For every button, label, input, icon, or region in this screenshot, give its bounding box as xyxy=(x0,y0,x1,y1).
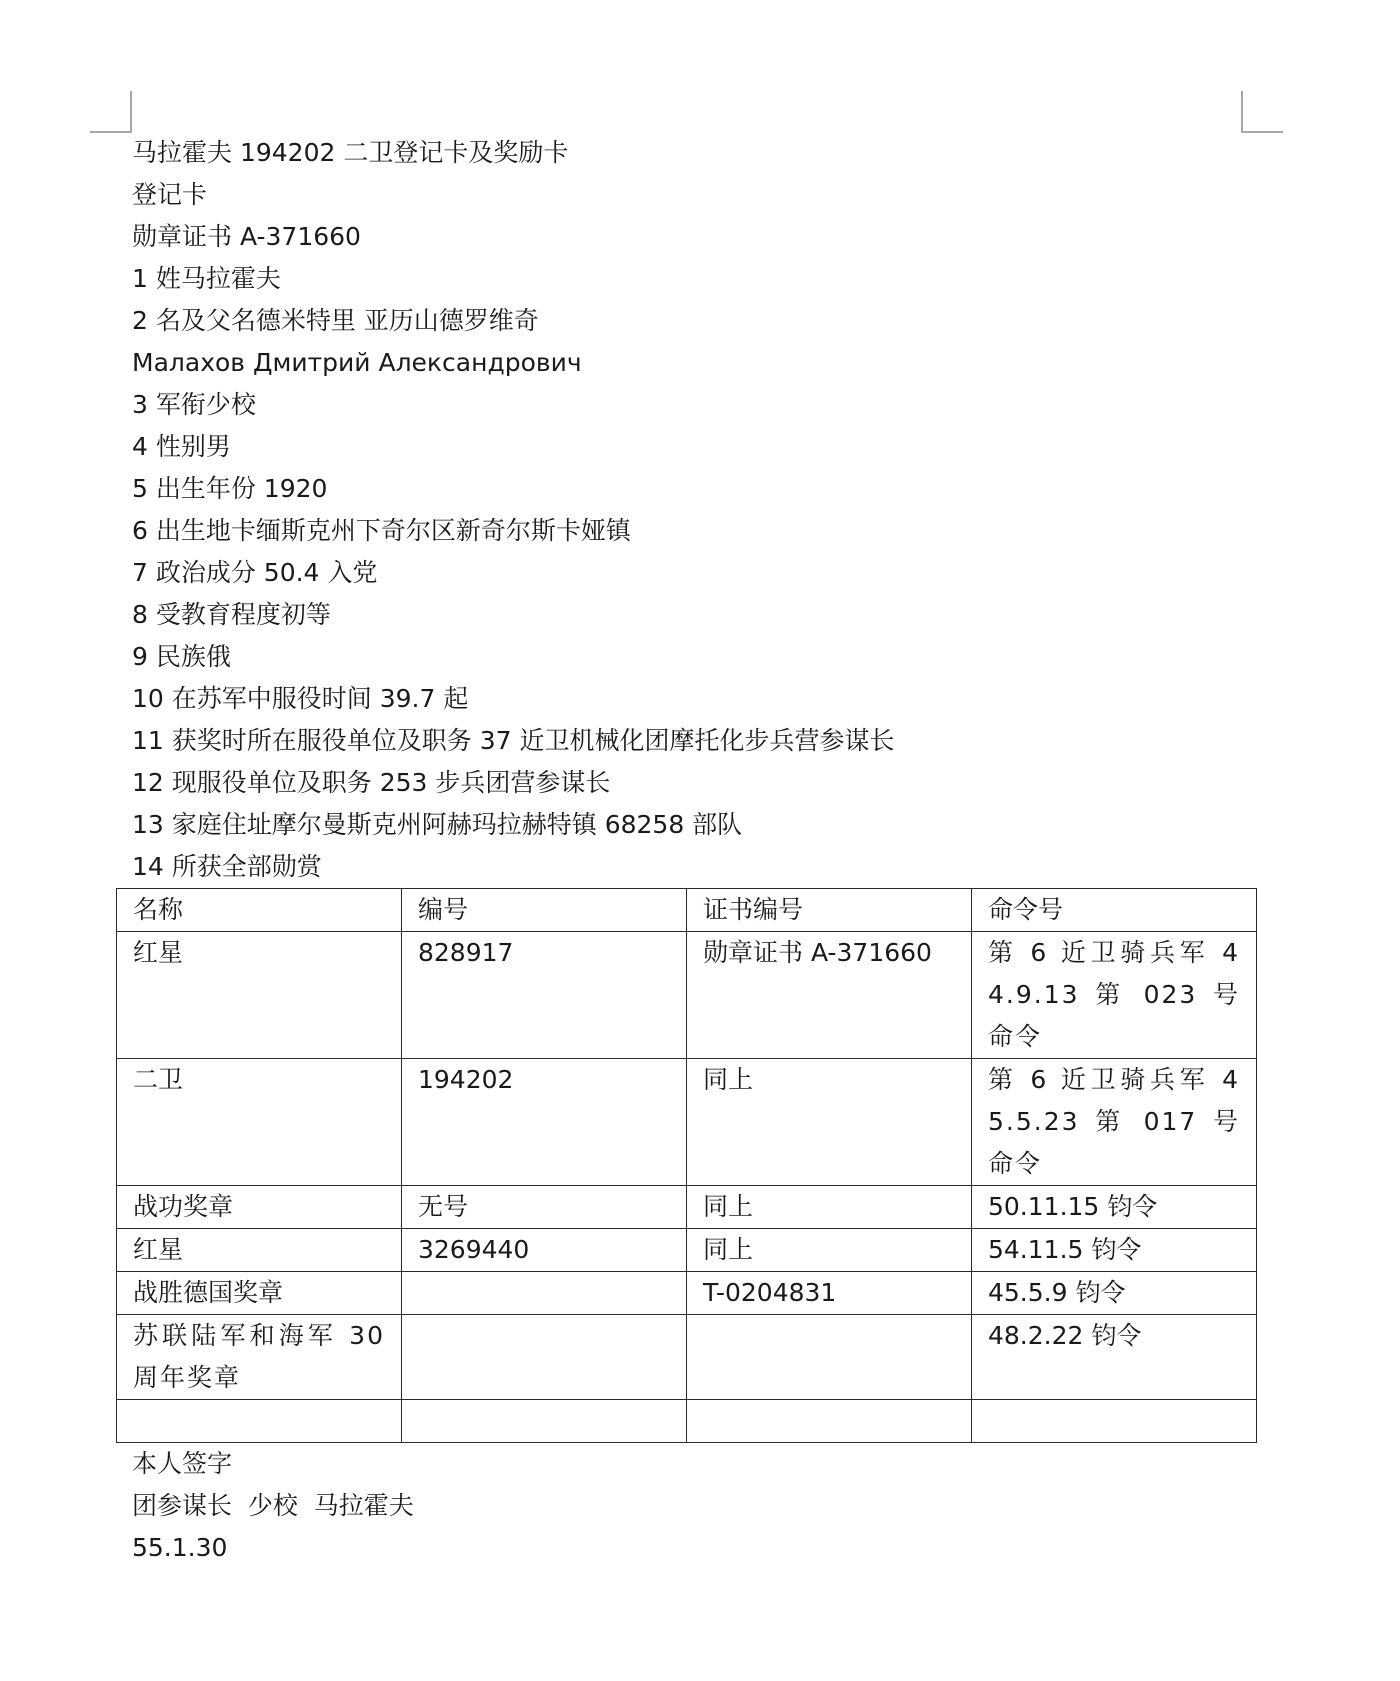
cell-number: 无号 xyxy=(402,1186,687,1229)
cell-order: 50.11.15 钧令 xyxy=(972,1186,1257,1229)
page-corner-mark-top-left xyxy=(90,91,132,133)
field-unit-at-award: 11 获奖时所在服役单位及职务 37 近卫机械化团摩托化步兵营参谋长 xyxy=(132,720,1256,762)
field-surname: 1 姓马拉霍夫 xyxy=(132,258,1256,300)
certificate-number: 勋章证书 A-371660 xyxy=(132,216,1256,258)
cell-certificate: T-0204831 xyxy=(687,1272,972,1315)
page-corner-mark-top-right xyxy=(1241,91,1283,133)
table-row-empty xyxy=(117,1400,1257,1443)
field-current-unit: 12 现服役单位及职务 253 步兵团营参谋长 xyxy=(132,762,1256,804)
cell-number: 828917 xyxy=(402,932,687,1059)
field-birthplace: 6 出生地卡缅斯克州下奇尔区新奇尔斯卡娅镇 xyxy=(132,510,1256,552)
header-cell-number: 编号 xyxy=(402,889,687,932)
cell-number xyxy=(402,1315,687,1400)
field-name-patronymic: 2 名及父名德米特里 亚历山德罗维奇 xyxy=(132,300,1256,342)
field-party: 7 政治成分 50.4 入党 xyxy=(132,552,1256,594)
field-education: 8 受教育程度初等 xyxy=(132,594,1256,636)
signature-signer: 团参谋长 少校 马拉霍夫 xyxy=(132,1485,1256,1527)
table-row: 苏联陆军和海军 30 周年奖章 48.2.22 钧令 xyxy=(117,1315,1257,1400)
cell-number xyxy=(402,1400,687,1443)
field-home-address: 13 家庭住址摩尔曼斯克州阿赫玛拉赫特镇 68258 部队 xyxy=(132,804,1256,846)
cell-name: 二卫 xyxy=(117,1059,402,1186)
cell-certificate xyxy=(687,1400,972,1443)
field-name-russian: Малахов Дмитрий Александрович xyxy=(132,342,1256,384)
cell-name: 红星 xyxy=(117,932,402,1059)
cell-certificate: 同上 xyxy=(687,1186,972,1229)
signature-label: 本人签字 xyxy=(132,1443,1256,1485)
cell-number: 3269440 xyxy=(402,1229,687,1272)
cell-certificate: 勋章证书 A-371660 xyxy=(687,932,972,1059)
table-row: 战功奖章 无号 同上 50.11.15 钧令 xyxy=(117,1186,1257,1229)
table-row: 红星 828917 勋章证书 A-371660 第 6 近卫骑兵军 44.9.1… xyxy=(117,932,1257,1059)
cell-number: 194202 xyxy=(402,1059,687,1186)
field-rank: 3 军衔少校 xyxy=(132,384,1256,426)
cell-certificate: 同上 xyxy=(687,1059,972,1186)
table-header-row: 名称 编号 证书编号 命令号 xyxy=(117,889,1257,932)
header-cell-name: 名称 xyxy=(117,889,402,932)
field-birth-year: 5 出生年份 1920 xyxy=(132,468,1256,510)
field-awards-heading: 14 所获全部勋赏 xyxy=(132,846,1256,888)
cell-order: 第 6 近卫骑兵军 44.9.13 第 023 号命令 xyxy=(972,932,1257,1059)
field-nationality: 9 民族俄 xyxy=(132,636,1256,678)
cell-number xyxy=(402,1272,687,1315)
table-row: 二卫 194202 同上 第 6 近卫骑兵军 45.5.23 第 017 号命令 xyxy=(117,1059,1257,1186)
cell-order: 第 6 近卫骑兵军 45.5.23 第 017 号命令 xyxy=(972,1059,1257,1186)
document-title: 马拉霍夫 194202 二卫登记卡及奖励卡 xyxy=(132,132,1256,174)
signature-date: 55.1.30 xyxy=(132,1527,1256,1569)
document-page: 马拉霍夫 194202 二卫登记卡及奖励卡 登记卡 勋章证书 A-371660 … xyxy=(132,132,1256,1569)
cell-order: 45.5.9 钧令 xyxy=(972,1272,1257,1315)
table-row: 战胜德国奖章 T-0204831 45.5.9 钧令 xyxy=(117,1272,1257,1315)
cell-order xyxy=(972,1400,1257,1443)
cell-name: 战胜德国奖章 xyxy=(117,1272,402,1315)
cell-order: 48.2.22 钧令 xyxy=(972,1315,1257,1400)
cell-name: 战功奖章 xyxy=(117,1186,402,1229)
cell-certificate xyxy=(687,1315,972,1400)
cell-name xyxy=(117,1400,402,1443)
cell-name: 红星 xyxy=(117,1229,402,1272)
document-subtitle: 登记卡 xyxy=(132,174,1256,216)
field-gender: 4 性别男 xyxy=(132,426,1256,468)
cell-name: 苏联陆军和海军 30 周年奖章 xyxy=(117,1315,402,1400)
signature-block: 本人签字 团参谋长 少校 马拉霍夫 55.1.30 xyxy=(132,1443,1256,1569)
field-list: 1 姓马拉霍夫 2 名及父名德米特里 亚历山德罗维奇 Малахов Дмитр… xyxy=(132,258,1256,888)
field-service-start: 10 在苏军中服役时间 39.7 起 xyxy=(132,678,1256,720)
table-row: 红星 3269440 同上 54.11.5 钧令 xyxy=(117,1229,1257,1272)
awards-table: 名称 编号 证书编号 命令号 红星 828917 勋章证书 A-371660 第… xyxy=(116,888,1257,1443)
header-cell-certificate: 证书编号 xyxy=(687,889,972,932)
header-cell-order: 命令号 xyxy=(972,889,1257,932)
cell-order: 54.11.5 钧令 xyxy=(972,1229,1257,1272)
cell-certificate: 同上 xyxy=(687,1229,972,1272)
